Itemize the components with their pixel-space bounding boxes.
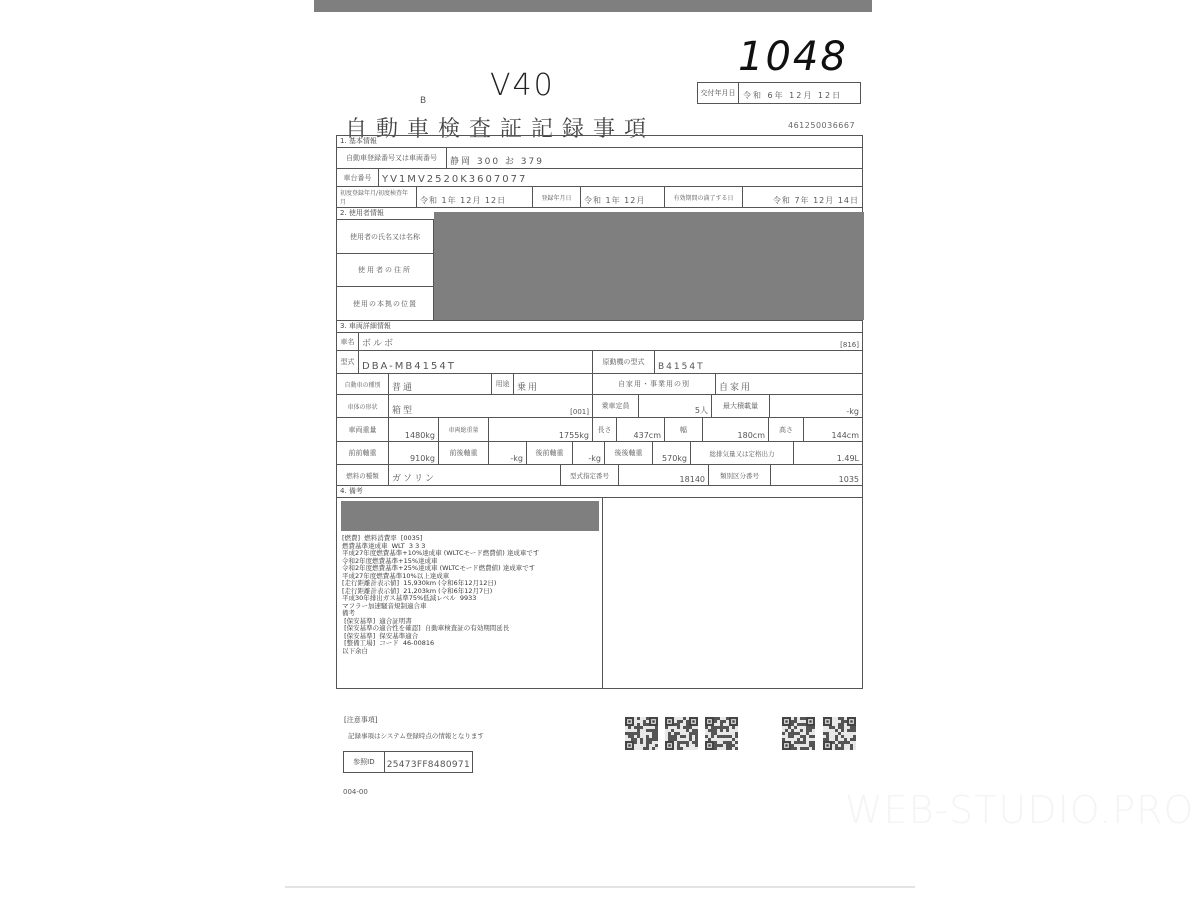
issue-date-label: 交付年月日: [698, 83, 739, 103]
capacity-value: 5人: [639, 395, 712, 417]
fuel-value: ガソリン: [389, 465, 561, 485]
body-label: 車体の形状: [337, 395, 389, 417]
dates-row: 初度登録年月/初度検査年月 令和 1年 12月 12日 登録年月日 令和 1年 …: [336, 187, 863, 208]
engine-value: B4154T: [655, 351, 862, 373]
reg-date-value: 令和 1年 12月: [581, 187, 665, 207]
axle-row: 前前軸重 910kg 前後軸重 -kg 後前軸重 -kg 後後軸重 570kg …: [336, 442, 863, 465]
section-remarks-heading: 4. 備考: [336, 486, 863, 498]
displacement-label: 総排気量又は定格出力: [691, 442, 794, 464]
fuel-label: 燃料の種類: [337, 465, 389, 485]
fuel-row: 燃料の種類 ガソリン 型式指定番号 18140 類別区分番号 1035: [336, 465, 863, 486]
watermark: WEB-STUDIO.PRO: [845, 788, 1194, 832]
dimensions-row: 車両重量 1480kg 車両総重量 1755kg 長さ 437cm 幅 180c…: [336, 418, 863, 442]
qr-code-icon: [665, 717, 698, 750]
notes-text: 記録事項はシステム登録時点の情報となります: [348, 731, 484, 740]
top-redaction-bar: [314, 0, 872, 12]
body-row: 車体の形状 箱型 [001] 乗車定員 5人 最大積載量 -kg: [336, 395, 863, 418]
certificate-form: 1. 基本情報 自動車登録番号又は車両番号 静岡 300 お 379 車台番号 …: [336, 135, 863, 689]
remarks-area: [燃費] 燃料消費率 [0035] 燃費基準達成車 WLT 3 3 3 平成27…: [336, 498, 863, 689]
notes-heading: [注意事項]: [344, 715, 377, 725]
make-value: ボルボ: [362, 336, 395, 349]
make-row: 車名 ボルボ [816]: [336, 333, 863, 351]
issue-date-value: 令和 6年 12月 12日: [739, 83, 860, 103]
use-value: 乗用: [514, 374, 593, 394]
vin-row: 車台番号 YV1MV2520K3607077: [336, 169, 863, 187]
max-load-label: 最大積載量: [712, 395, 770, 417]
rf-axle-value: -kg: [573, 442, 605, 464]
document-number: 461250036667: [788, 121, 855, 130]
fr-axle-value: -kg: [489, 442, 527, 464]
rf-axle-label: 後前軸重: [527, 442, 573, 464]
vin-label: 車台番号: [337, 169, 379, 186]
private-label: 自家用・事業用の別: [593, 374, 716, 394]
make-label: 車名: [337, 333, 359, 350]
reference-id-value: 25473FF8480971: [385, 752, 472, 772]
reference-id-label: 参照ID: [344, 752, 385, 772]
capacity-label: 乗車定員: [593, 395, 639, 417]
qr-code-icon: [625, 717, 658, 750]
category-label: 類別区分番号: [709, 465, 771, 485]
ff-axle-label: 前前軸重: [337, 442, 389, 464]
displacement-value: 1.49L: [794, 442, 862, 464]
form-code: 004-00: [343, 788, 368, 796]
body-value-cell: 箱型 [001]: [389, 395, 593, 417]
gross-value: 1755kg: [489, 418, 593, 441]
use-label: 用途: [492, 374, 514, 394]
user-address-label: 使用者の住所: [337, 254, 433, 287]
handwritten-model: V40: [490, 68, 555, 103]
reg-date-label: 登録年月日: [533, 187, 581, 207]
user-info-redaction: [434, 212, 864, 320]
user-info-row: 使用者の氏名又は名称 使用者の住所 使用の本拠の位置: [336, 220, 863, 321]
type-value: 普通: [389, 374, 492, 394]
qr-code-icon: [823, 717, 856, 750]
fr-axle-label: 前後軸重: [439, 442, 489, 464]
model-value: DBA-MB4154T: [359, 351, 593, 373]
expiry-label: 有効期間の満了する日: [665, 187, 743, 207]
approval-value: 18140: [619, 465, 709, 485]
rr-axle-value: 570kg: [653, 442, 691, 464]
approval-label: 型式指定番号: [561, 465, 619, 485]
registration-label: 自動車登録番号又は車両番号: [337, 148, 447, 168]
type-row: 自動車の種別 普通 用途 乗用 自家用・事業用の別 自家用: [336, 374, 863, 395]
expiry-value: 令和 7年 12月 14日: [743, 187, 862, 207]
section-vehicle-heading: 3. 車両詳細情報: [336, 321, 863, 333]
weight-label: 車両重量: [337, 418, 389, 441]
gross-label: 車両総重量: [439, 418, 489, 441]
remarks-redaction: [341, 501, 599, 531]
engine-label: 原動機の型式: [593, 351, 655, 373]
max-load-value: -kg: [770, 395, 862, 417]
private-value: 自家用: [716, 374, 862, 394]
remarks-lines: [燃費] 燃料消費率 [0035] 燃費基準達成車 WLT 3 3 3 平成27…: [342, 535, 539, 655]
ff-axle-value: 910kg: [389, 442, 439, 464]
height-value: 144cm: [804, 418, 862, 441]
registration-row: 自動車登録番号又は車両番号 静岡 300 お 379: [336, 148, 863, 169]
user-labels: 使用者の氏名又は名称 使用者の住所 使用の本拠の位置: [337, 220, 434, 320]
first-reg-label: 初度登録年月/初度検査年月: [337, 187, 417, 207]
body-code: [001]: [570, 408, 589, 416]
page-edge: [285, 886, 915, 888]
width-value: 180cm: [703, 418, 769, 441]
category-value: 1035: [771, 465, 862, 485]
issue-date-box: 交付年月日 令和 6年 12月 12日: [697, 82, 861, 104]
length-label: 長さ: [593, 418, 617, 441]
model-label: 型式: [337, 351, 359, 373]
qr-code-icon: [705, 717, 738, 750]
model-row: 型式 DBA-MB4154T 原動機の型式 B4154T: [336, 351, 863, 374]
document-mark: B: [420, 96, 426, 106]
length-value: 437cm: [617, 418, 665, 441]
make-value-cell: ボルボ [816]: [359, 333, 862, 350]
reference-id-box: 参照ID 25473FF8480971: [343, 751, 473, 773]
remarks-left: [燃費] 燃料消費率 [0035] 燃費基準達成車 WLT 3 3 3 平成27…: [337, 498, 603, 688]
height-label: 高さ: [769, 418, 804, 441]
registration-value: 静岡 300 お 379: [447, 148, 862, 168]
weight-value: 1480kg: [389, 418, 439, 441]
rr-axle-label: 後後軸重: [605, 442, 653, 464]
remarks-right: [603, 498, 862, 688]
vin-value: YV1MV2520K3607077: [379, 169, 862, 186]
user-base-label: 使用の本拠の位置: [337, 287, 433, 320]
width-label: 幅: [665, 418, 703, 441]
body-value: 箱型: [392, 403, 414, 416]
qr-code-icon: [782, 717, 815, 750]
user-name-label: 使用者の氏名又は名称: [337, 220, 433, 254]
type-label: 自動車の種別: [337, 374, 389, 394]
make-code: [816]: [840, 341, 859, 349]
section-basic-heading: 1. 基本情報: [336, 135, 863, 148]
handwritten-number: 1048: [738, 34, 848, 80]
first-reg-value: 令和 1年 12月 12日: [417, 187, 533, 207]
